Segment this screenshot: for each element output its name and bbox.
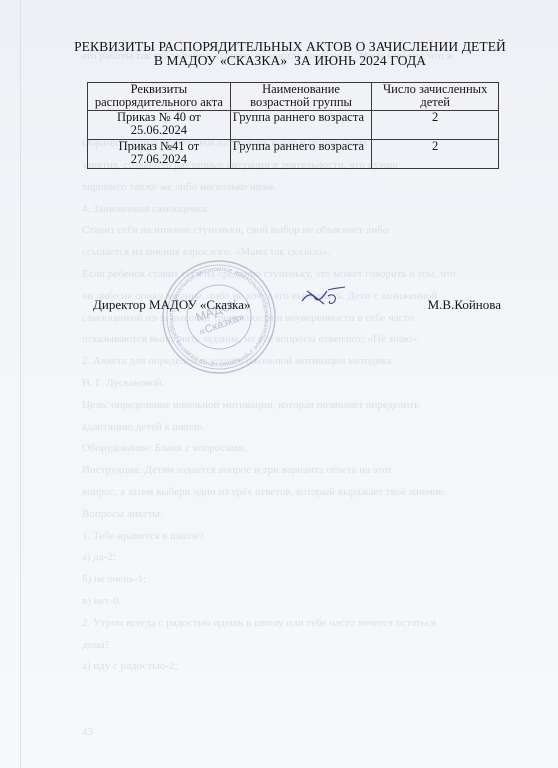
bleed-through-line: ссылается на мнение взрослого: «Мама так…	[82, 242, 502, 264]
header-act-details: Реквизиты распорядительного акта	[88, 83, 231, 111]
cell-count: 2	[372, 140, 499, 169]
enrollment-acts-table: Реквизиты распорядительного акта Наимено…	[87, 82, 499, 169]
cell-act: Приказ № 40 от 25.06.2024	[88, 111, 231, 140]
handwritten-signature-icon	[298, 285, 348, 307]
bleed-through-line: Н. Г. Лускановой.	[82, 373, 502, 395]
cell-act: Приказ №41 от 27.06.2024	[88, 140, 231, 169]
bleed-through-line: Ставит себя на нижние ступеньки, свой вы…	[82, 220, 502, 242]
bleed-through-line: Если ребенок ставит себя на среднюю ступ…	[82, 264, 502, 286]
bleed-through-line: хорошего также же либо несколько ниже.	[82, 177, 502, 199]
bleed-through-line: Цель: определение школьной мотивации, ко…	[82, 395, 502, 417]
bleed-through-line: отказываются выполнять задание, на все в…	[82, 329, 502, 351]
bleed-through-line: а) да-2;	[82, 547, 502, 569]
cell-group: Группа раннего возраста	[230, 140, 372, 169]
bleed-through-line: 1. Тебе нравится в школе?	[82, 526, 502, 548]
table-row: Приказ №41 от 27.06.2024 Группа раннего …	[88, 140, 499, 169]
bleed-through-line: вопрос, а затем выбери один из трёх отве…	[82, 482, 502, 504]
bleed-through-line: 4. Заниженная самооценка.	[82, 199, 502, 221]
bleed-through-line: Вопросы анкеты:	[82, 504, 502, 526]
cell-group: Группа раннего возраста	[230, 111, 372, 140]
bleed-through-line: а) иду с радостью-2;	[82, 656, 502, 678]
bleed-through-line: 43	[82, 722, 502, 744]
scanned-page: его работы так как увлечен: хорошо, но и…	[0, 0, 558, 768]
bleed-through-line: Инструкция: Детям задается вопрос и три …	[82, 460, 502, 482]
header-group-name: Наименование возрастной группы	[230, 83, 372, 111]
document-title: РЕКВИЗИТЫ РАСПОРЯДИТЕЛЬНЫХ АКТОВ О ЗАЧИС…	[60, 40, 520, 68]
bleed-through-line: Оборудование: Бланк с вопросами.	[82, 438, 502, 460]
scan-edge	[20, 0, 21, 768]
header-children-count: Число зачисленных детей	[372, 83, 499, 111]
bleed-through-line	[82, 700, 502, 722]
table-row: Приказ № 40 от 25.06.2024 Группа раннего…	[88, 111, 499, 140]
bleed-through-line: в) нет-0.	[82, 591, 502, 613]
bleed-through-line: адаптацию детей к школе.	[82, 417, 502, 439]
official-stamp-icon: муниципальное автономное дошкольное обра…	[160, 258, 278, 376]
bleed-through-line: б) не очень-1;	[82, 569, 502, 591]
signatory-position: Директор МАДОУ «Сказка»	[93, 297, 251, 313]
signatory-name: М.В.Койнова	[428, 297, 501, 313]
bleed-through-line: дома?	[82, 635, 502, 657]
bleed-through-line: 2. Утром всегда с радостью идешь в школу…	[82, 613, 502, 635]
title-line-2: В МАДОУ «СКАЗКА» ЗА ИЮНЬ 2024 ГОДА	[60, 54, 520, 68]
title-line-1: РЕКВИЗИТЫ РАСПОРЯДИТЕЛЬНЫХ АКТОВ О ЗАЧИС…	[60, 40, 520, 54]
table-header-row: Реквизиты распорядительного акта Наимено…	[88, 83, 499, 111]
bleed-through-line: 2. Анкета для определения уровня школьно…	[82, 351, 502, 373]
bleed-through-line	[82, 678, 502, 700]
cell-count: 2	[372, 111, 499, 140]
